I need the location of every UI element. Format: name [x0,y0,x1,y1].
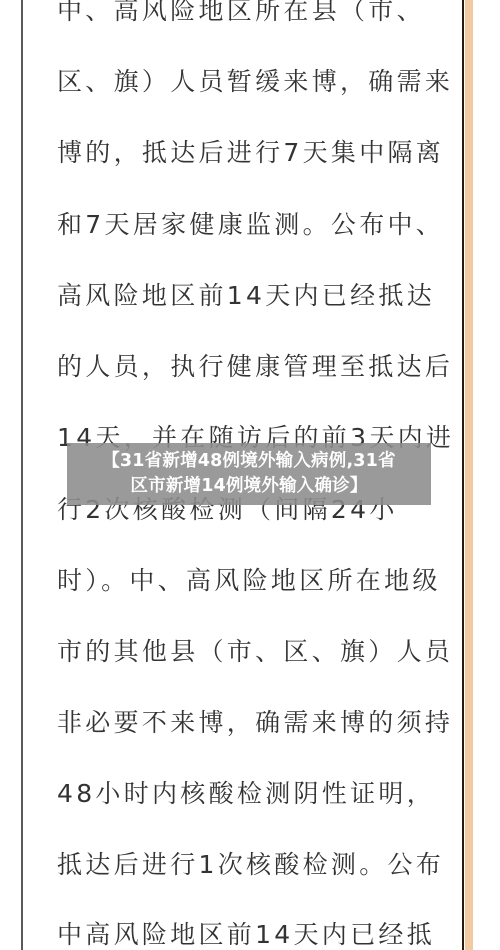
text-line: 抵达后进行1次核酸检测。公布 [57,850,457,880]
text-line: 市的其他县（市、区、旗）人员 [57,637,457,667]
headline-caption-line-2: 区市新增14例境外输入确诊】 [130,474,367,499]
text-line: 48小时内核酸检测阴性证明， [57,779,457,809]
text-line: 的人员，执行健康管理至抵达后 [57,352,457,382]
text-line: 高风险地区前14天内已经抵达 [57,281,457,311]
text-line: 中高风险地区前14天内已经抵 [57,920,457,950]
text-line: 非必要不来博，确需来博的须持 [57,708,457,738]
text-line: 博的，抵达后进行7天集中隔离 [57,138,457,168]
text-line: 和7天居家健康监测。公布中、 [57,210,457,240]
headline-caption-line-1: 【31省新增48例境外输入病例,31省 [102,449,396,474]
text-line: 区、旗）人员暂缓来博，确需来 [57,67,457,97]
headline-caption-overlay: 【31省新增48例境外输入病例,31省 区市新增14例境外输入确诊】 [67,443,431,505]
text-line: 中、高风险地区所在县（市、 [57,0,457,26]
text-line: 时）。中、高风险地区所在地级 [57,566,457,596]
accent-strip [465,0,473,950]
